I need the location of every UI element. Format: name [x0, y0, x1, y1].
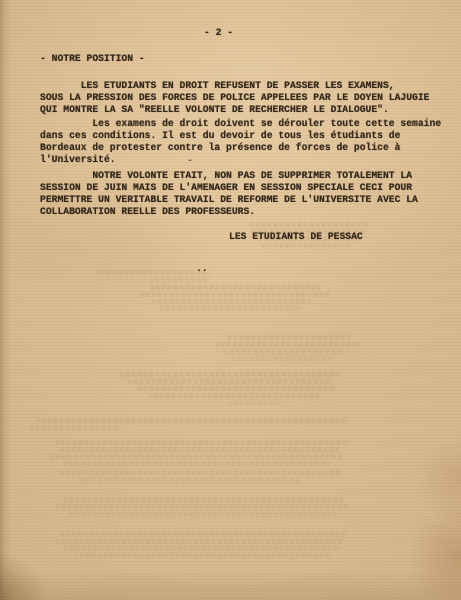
- bleed-line: [150, 277, 210, 282]
- bleed-line: [128, 379, 333, 384]
- signature: LES ETUDIANTS DE PESSAC: [229, 231, 363, 243]
- paragraph-3: NOTRE VOLONTE ETAIT, NON PAS DE SUPPRIME…: [40, 170, 418, 218]
- bleed-line: [160, 306, 300, 311]
- bleed-line: [150, 285, 320, 290]
- bleed-line: [50, 454, 342, 459]
- bleed-line: [148, 393, 320, 398]
- bleed-line: [120, 372, 340, 377]
- bleed-line: [80, 478, 300, 483]
- bleed-line: [56, 539, 344, 544]
- bleed-line: [250, 222, 370, 227]
- section-heading: - NOTRE POSITION -: [40, 53, 145, 65]
- bleed-line: [60, 532, 348, 537]
- paragraph-1: LES ETUDIANTS EN DROIT REFUSENT DE PASSE…: [40, 80, 430, 116]
- bleed-line: [95, 270, 210, 275]
- bleed-line: [70, 511, 338, 516]
- bleed-line: [55, 440, 350, 445]
- stray-mark: -: [187, 155, 193, 167]
- bleed-line: [64, 461, 330, 466]
- bleed-line: [138, 386, 336, 391]
- bleed-line: [262, 243, 350, 248]
- bleed-line: [30, 425, 120, 430]
- page-number: - 2 -: [204, 27, 233, 39]
- bleed-line: [36, 418, 348, 423]
- bleed-line: [152, 299, 312, 304]
- bleed-line: [215, 342, 360, 347]
- document-page: - 2 - - NOTRE POSITION - LES ETUDIANTS E…: [0, 0, 461, 600]
- bleed-line: [228, 400, 283, 405]
- bleed-line: [56, 504, 348, 509]
- paragraph-2: Les examens de droit doivent se dérouler…: [40, 118, 441, 166]
- bleed-line: [60, 470, 340, 475]
- bleed-line: [232, 356, 330, 361]
- bleed-line: [228, 335, 350, 340]
- bleed-line: [224, 349, 344, 354]
- bleed-line: [140, 292, 330, 297]
- bleed-line: [64, 546, 340, 551]
- bleed-line: [60, 447, 340, 452]
- bleed-line: [64, 497, 344, 502]
- bleed-line: [74, 553, 330, 558]
- end-mark: ..: [196, 263, 208, 275]
